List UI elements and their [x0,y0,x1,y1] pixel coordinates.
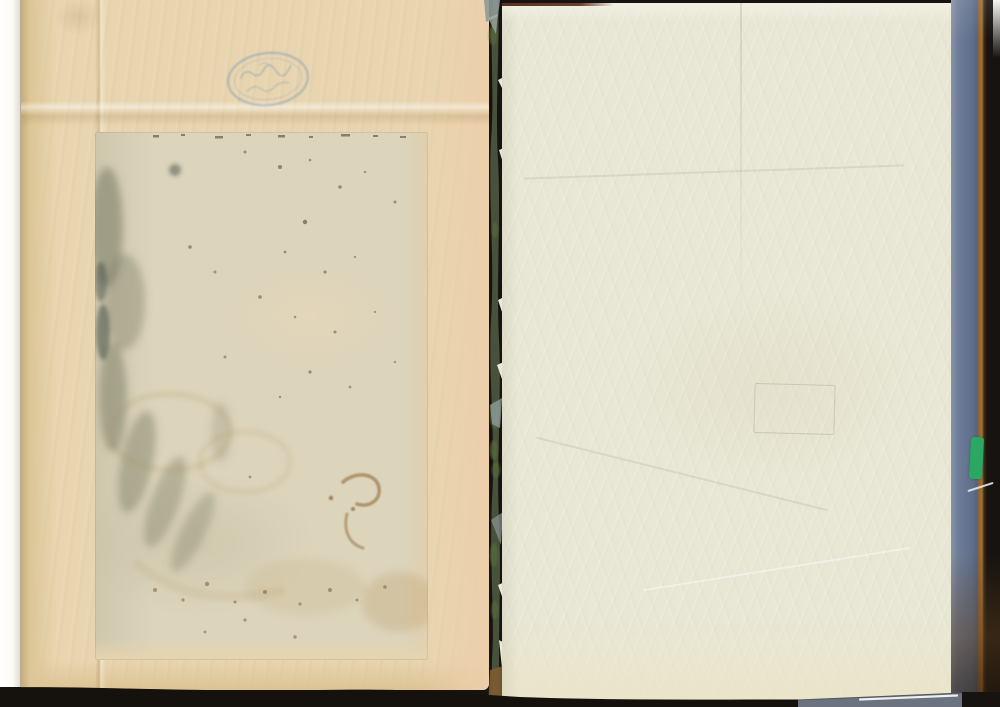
gray-cover-wedge [798,693,962,707]
book-scan [0,0,1000,707]
book-cover-edge [951,0,1000,707]
stain-marks [95,132,428,660]
right-flyleaf-page [502,3,954,700]
pasted-stained-sheet [95,132,428,660]
faint-rectangular-impression [753,383,835,435]
diagonal-crease-light [644,547,911,591]
bottom-right-black-corner [962,692,1000,707]
black-bottom-band [0,687,798,707]
top-edge-dark-streak [502,3,614,6]
green-paint-mark [969,437,984,480]
gutter-shadow [490,0,500,707]
left-scan-margin [0,0,21,687]
smudge-cluster [95,167,231,577]
horizontal-crease [524,164,904,179]
vertical-crease [740,3,742,333]
white-thread [967,482,993,492]
hook-stain [329,475,379,548]
top-seam-specks [153,134,406,139]
diagonal-crease [536,437,828,512]
bottom-scan-edge [0,678,1000,707]
top-right-white-sliver [993,0,1000,58]
oval-ink-stamp-icon [218,41,319,117]
left-endpaper-page [21,0,489,690]
